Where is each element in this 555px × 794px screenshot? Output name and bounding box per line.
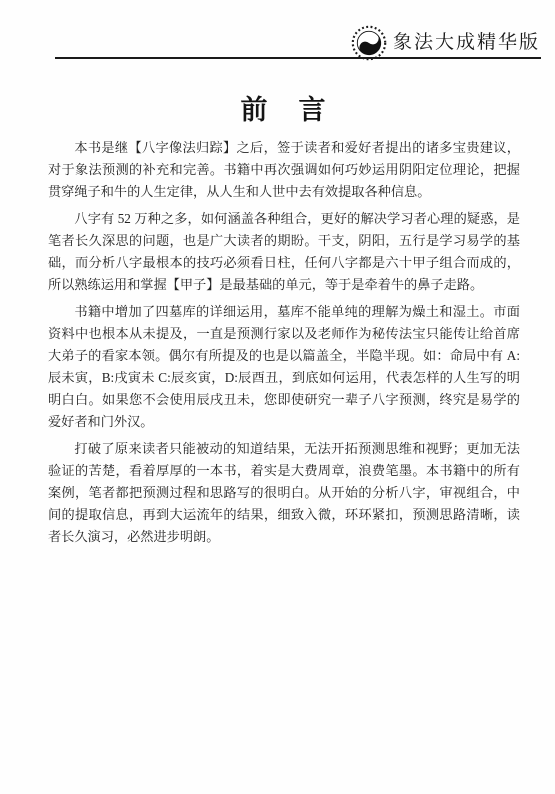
preface-body: 本书是继【八字像法归踪】之后，签于读者和爱好者提出的诸多宝贵建议，对于象法预测的… bbox=[48, 137, 520, 553]
paragraph: 本书是继【八字像法归踪】之后，签于读者和爱好者提出的诸多宝贵建议，对于象法预测的… bbox=[48, 137, 520, 203]
paragraph: 书籍中增加了四墓库的详细运用，墓库不能单纯的理解为燥土和湿土。市面资料中也根本从… bbox=[48, 301, 520, 433]
page-header: 象法大成精华版 bbox=[0, 22, 540, 58]
taiji-yinyang-icon bbox=[351, 25, 387, 61]
paragraph: 打破了原来读者只能被动的知道结果，无法开拓预测思维和视野；更加无法验证的苦楚，看… bbox=[48, 438, 520, 548]
brand-title: 象法大成精华版 bbox=[393, 27, 540, 54]
book-page: 象法大成精华版 前 言 本书是继【八字像法归踪】之后，签于读者和爱好者提出的诸多… bbox=[0, 0, 555, 794]
header-rule bbox=[55, 57, 541, 59]
page-title: 前 言 bbox=[48, 88, 520, 127]
paragraph: 八字有 52 万种之多，如何涵盖各种组合，更好的解决学习者心理的疑惑，是笔者长久… bbox=[48, 208, 520, 296]
